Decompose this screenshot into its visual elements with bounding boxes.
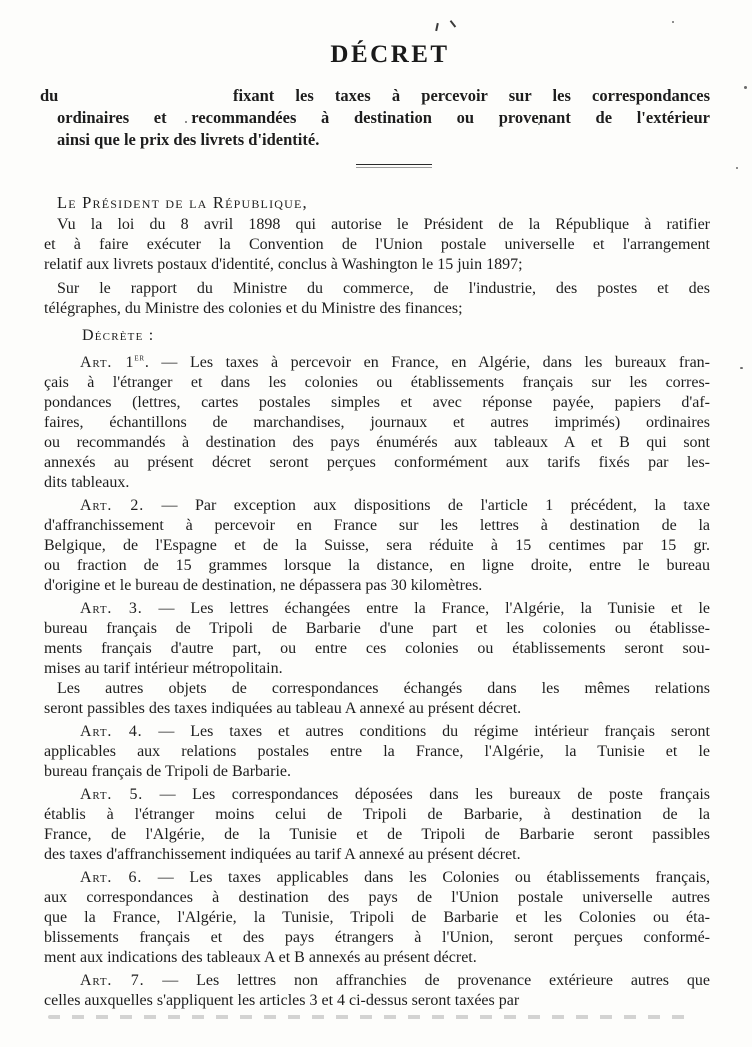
subtitle-line-1: dufixant les taxes à percevoir sur les c… [44,85,710,107]
text-line: ou recommandés à destination des pays én… [44,433,710,453]
article-number-label: Art. 6. [80,869,142,886]
article-3-paragraph: Art. 3. — Les lettres échangées entre la… [44,599,710,679]
text-line: France, de l'Algérie, de la Tunisie et d… [44,825,710,845]
ink-speck [435,23,438,31]
ordinal-superscript: er [134,354,145,364]
text-line: Art. 6. — Les taxes applicables dans les… [44,868,710,888]
text-line: Sur le rapport du Ministre du commerce, … [44,279,710,299]
faded-next-line-artifact [48,1015,690,1019]
text-line: établis à l'étranger moins celui de Trip… [44,805,710,825]
text-line: Art. 2. — Par exception aux dispositions… [44,496,710,516]
document-page: DÉCRET dufixant les taxes à percevoir su… [0,0,752,1047]
article-2-paragraph: Art. 2. — Par exception aux dispositions… [44,496,710,596]
text-line: annexés au présent décret seront perçues… [44,453,710,473]
preamble-paragraph-sur: Sur le rapport du Ministre du commerce, … [44,279,710,319]
text-line: celles auxquelles s'appliquent les artic… [44,991,710,1011]
ink-speck [736,167,738,169]
article-number-label: Art. 5. [80,786,143,803]
article-5-paragraph: Art. 5. — Les correspondances déposées d… [44,785,710,865]
text-line: bureau français de Tripoli de Barbarie. [44,762,710,782]
subtitle-line-3: ainsi que le prix des livrets d'identité… [44,129,710,151]
text-line: télégraphes, du Ministre des colonies et… [44,299,710,319]
text-line: et à faire exécuter la Convention de l'U… [44,235,710,255]
article-6-paragraph: Art. 6. — Les taxes applicables dans les… [44,868,710,968]
article-3-continuation-paragraph: Les autres objets de correspondances éch… [44,679,710,719]
text-line: des taxes d'affranchissement indiquées a… [44,845,710,865]
text-line: dits tableaux. [44,473,710,493]
text-line: pondances (lettres, cartes postales simp… [44,393,710,413]
section-divider [356,164,432,168]
salutation: Le Président de la République, [44,193,710,213]
article-number-label: Art. 1er [80,354,145,371]
text-line: seront passibles des taxes indiquées au … [44,699,710,719]
text-line: faires, échantillons de marchandises, jo… [44,413,710,433]
text-line: Art. 7. — Les lettres non affranchies de… [44,971,710,991]
text-line: çais à l'étranger et dans les colonies o… [44,373,710,393]
article-7-paragraph: Art. 7. — Les lettres non affranchies de… [44,971,710,1011]
ink-speck [740,367,743,369]
ink-speck [538,123,540,125]
text-line: aux correspondances à destination des pa… [44,888,710,908]
ink-speck [185,121,187,123]
text-line: Art. 4. — Les taxes et autres conditions… [44,722,710,742]
article-number-label: Art. 4. [80,723,142,740]
text-line: d'origine et le bureau de destination, n… [44,576,710,596]
decree-title: DÉCRET [57,40,723,70]
ink-speck [450,20,456,27]
ink-speck [744,86,747,89]
article-number-label: Art. 2. [80,497,144,514]
text-line: ou fraction de 15 grammes lorsque la dis… [44,556,710,576]
text-line: d'affranchissement à percevoir en France… [44,516,710,536]
subtitle-line-1-text: fixant les taxes à percevoir sur les cor… [233,86,710,105]
text-line: ment aux indications des tableaux A et B… [44,948,710,968]
text-line: blissements français et des pays étrange… [44,928,710,948]
text-line: Art. 1er. — Les taxes à percevoir en Fra… [44,353,710,373]
article-4-paragraph: Art. 4. — Les taxes et autres conditions… [44,722,710,782]
text-line: Belgique, de l'Espagne et de la Suisse, … [44,536,710,556]
text-line: ments français d'autre part, ou entre ce… [44,639,710,659]
article-number-label: Art. 3. [80,600,143,617]
text-line: relatif aux livrets postaux d'identité, … [44,255,710,275]
subtitle-line-2: ordinaires et recommandées à destination… [44,107,710,129]
text-line: Vu la loi du 8 avril 1898 qui autorise l… [44,215,710,235]
ink-speck [672,21,674,23]
text-line: Art. 3. — Les lettres échangées entre la… [44,599,710,619]
text-line: Art. 5. — Les correspondances déposées d… [44,785,710,805]
du-label: du [40,85,58,107]
decree-subtitle: dufixant les taxes à percevoir sur les c… [44,85,710,151]
article-number-label: Art. 7. [80,972,144,989]
text-line: applicables aux relations postales entre… [44,742,710,762]
article-1-paragraph: Art. 1er. — Les taxes à percevoir en Fra… [44,353,710,493]
text-line: bureau français de Tripoli de Barbarie d… [44,619,710,639]
text-line: Les autres objets de correspondances éch… [44,679,710,699]
text-line: mises au tarif intérieur métropolitain. [44,659,710,679]
preamble-paragraph-vu: Vu la loi du 8 avril 1898 qui autorise l… [44,215,710,275]
text-line: que la France, l'Algérie, la Tunisie, Tr… [44,908,710,928]
decrete-label: Décrète : [44,326,710,346]
